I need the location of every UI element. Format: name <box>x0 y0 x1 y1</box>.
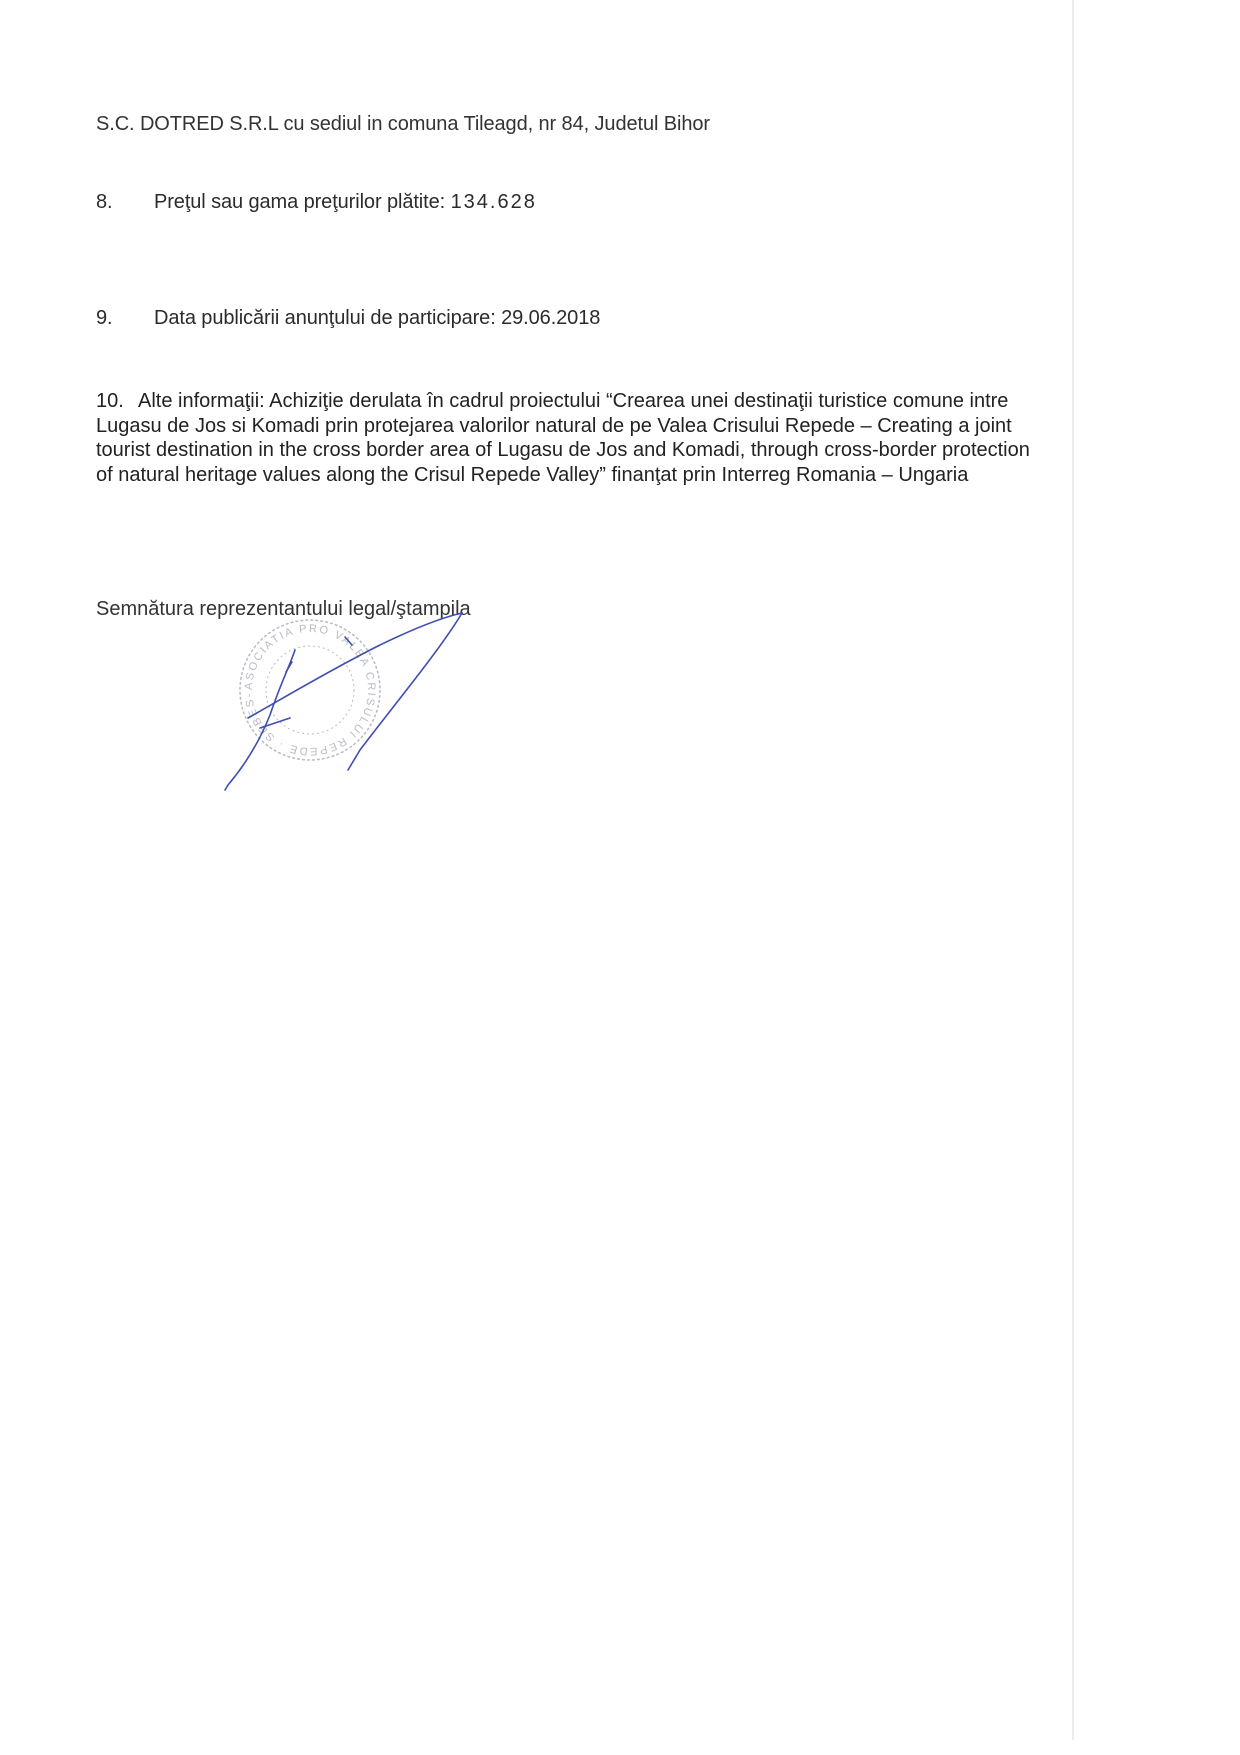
scan-fold-line <box>1072 0 1074 1740</box>
signature-icon <box>200 600 540 800</box>
item-publication-date: 9.Data publicării anunţului de participa… <box>96 306 600 330</box>
paragraph-text: Achiziţie derulata în cadrul proiectului… <box>269 390 1008 412</box>
item-price: 8.Preţul sau gama preţurilor plătite: 13… <box>96 190 537 214</box>
item-number: 8. <box>96 190 154 214</box>
item-label: Alte informaţii: <box>138 390 265 412</box>
company-line: S.C. DOTRED S.R.L cu sediul in comuna Ti… <box>96 112 710 136</box>
paragraph-line: tourist destination in the cross border … <box>96 438 1176 463</box>
paragraph-line: 10.Alte informaţii: Achiziţie derulata î… <box>96 389 1176 414</box>
item-number: 10. <box>96 389 138 414</box>
item-label: Data publicării anunţului de participare… <box>154 307 496 329</box>
publication-date-value: 29.06.2018 <box>501 307 600 329</box>
item-label: Preţul sau gama preţurilor plătite: <box>154 191 445 213</box>
item-number: 9. <box>96 306 154 330</box>
price-value: 134.628 <box>451 191 537 213</box>
item-other-info: 10.Alte informaţii: Achiziţie derulata î… <box>96 389 1176 487</box>
paragraph-line: Lugasu de Jos si Komadi prin protejarea … <box>96 414 1176 439</box>
paragraph-line: of natural heritage values along the Cri… <box>96 463 1176 488</box>
